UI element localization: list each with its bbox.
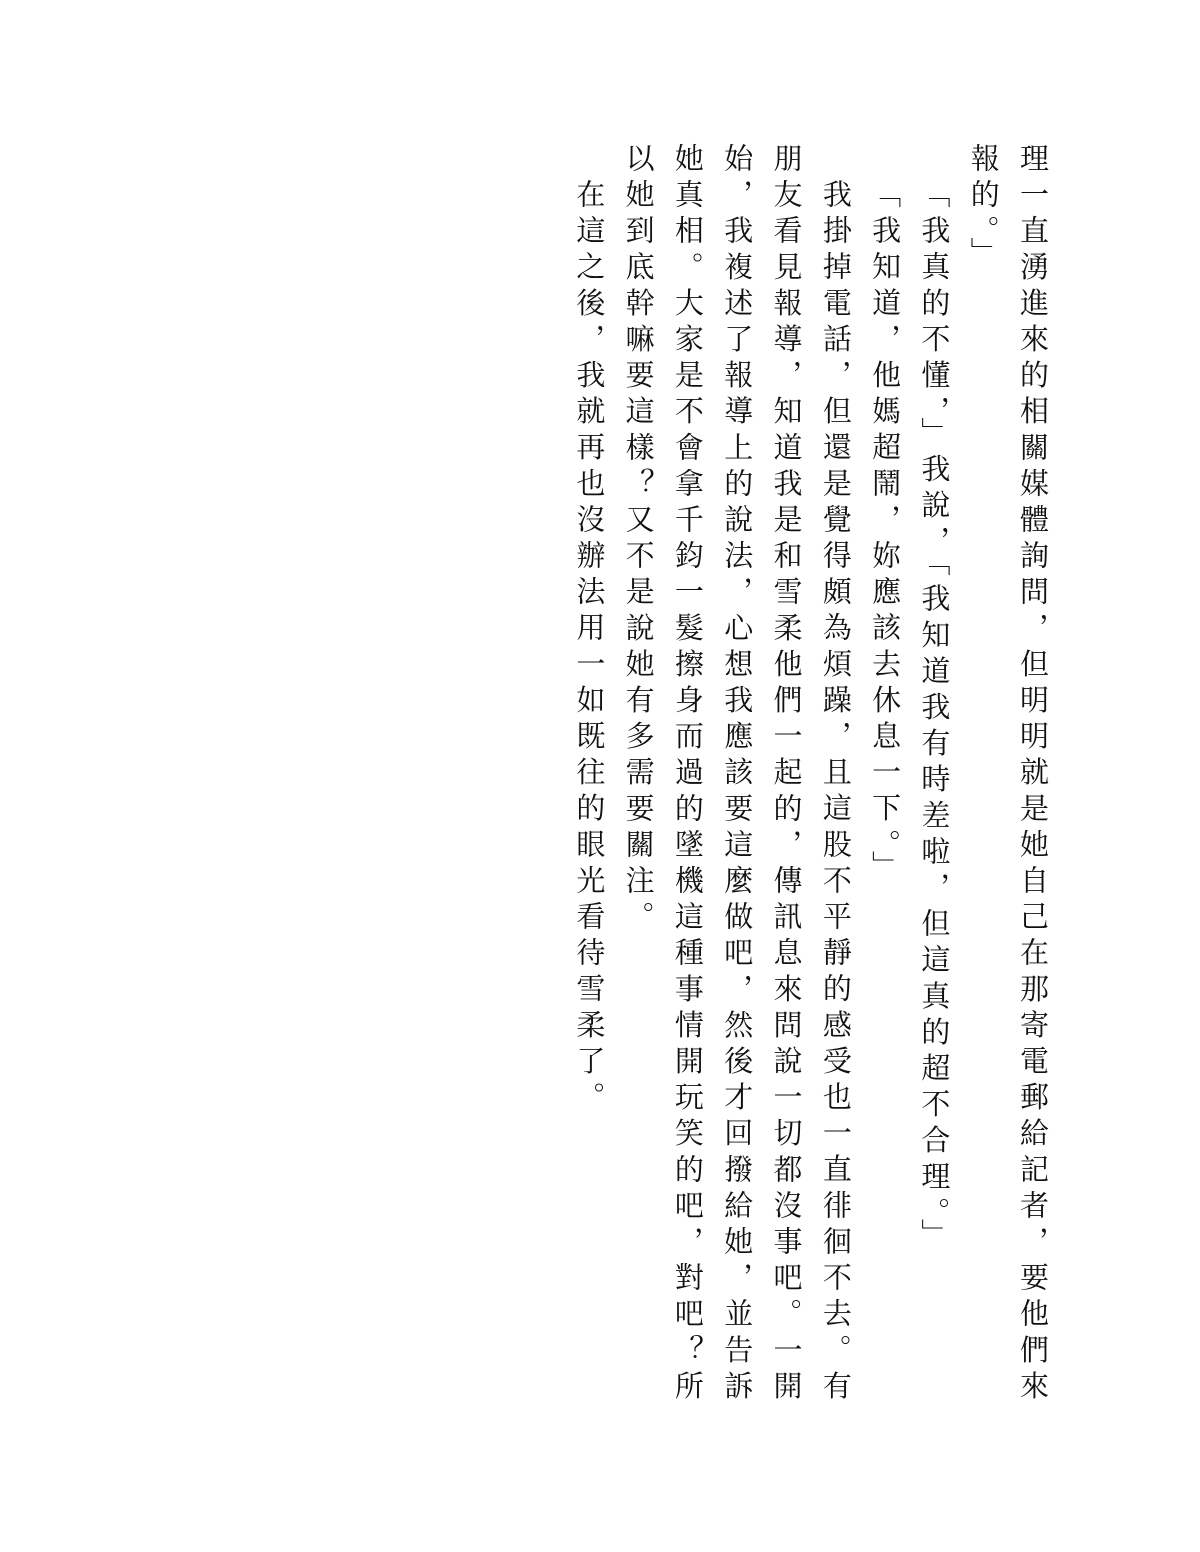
paragraph-dialogue-1: 「我真的不懂，」我說，「我知道我有時差啦，但這真的超不合理。」	[909, 143, 958, 1418]
paragraph-narrative: 我掛掉電話，但還是覺得頗為煩躁，且這股不平靜的感受也一直徘徊不去。有朋友看見報導…	[613, 143, 859, 1418]
paragraph-dialogue-2: 「我知道，他媽超鬧，妳應該去休息一下。」	[860, 143, 909, 1418]
paragraph-continuation: 理一直湧進來的相關媒體詢問，但明明就是她自己在那寄電郵給記者，要他們來報的。」	[958, 143, 1057, 1418]
vertical-text-body: 理一直湧進來的相關媒體詢問，但明明就是她自己在那寄電郵給記者，要他們來報的。」 …	[564, 143, 1057, 1418]
paragraph-closing: 在這之後，我就再也沒辦法用一如既往的眼光看待雪柔了。	[564, 143, 613, 1418]
book-page: 理一直湧進來的相關媒體詢問，但明明就是她自己在那寄電郵給記者，要他們來報的。」 …	[0, 0, 1200, 1552]
